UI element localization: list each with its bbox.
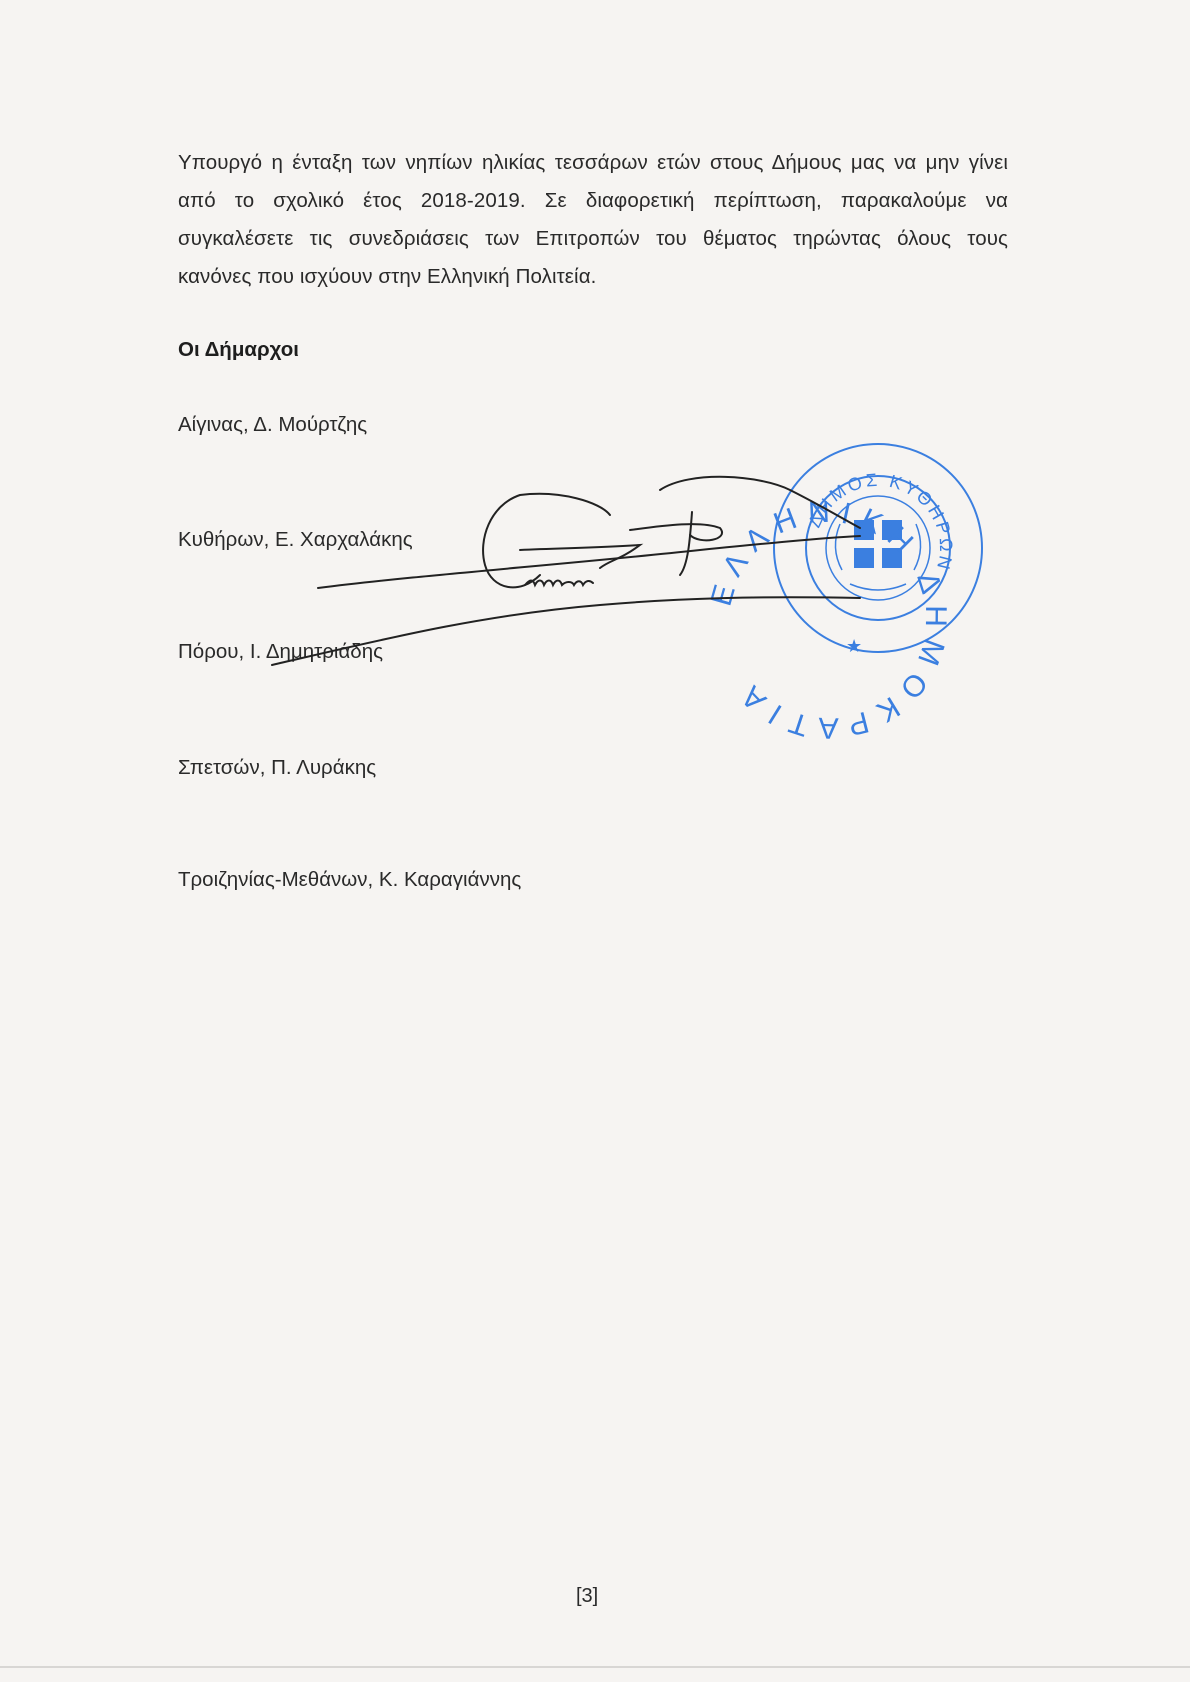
signer-poros: Πόρου, Ι. Δημητριάδης <box>178 640 383 664</box>
signatories-heading: Οι Δήμαρχοι <box>178 338 299 362</box>
body-line: κανόνες που ισχύουν στην Ελληνική Πολιτε… <box>178 258 1008 296</box>
page-bottom-edge <box>0 1666 1190 1668</box>
svg-text:★: ★ <box>846 636 862 656</box>
signer-kythira: Κυθήρων, Ε. Χαρχαλάκης <box>178 528 413 552</box>
svg-text:ΔΗΜΟΣ ΚΥΘΗΡΩΝ: ΔΗΜΟΣ ΚΥΘΗΡΩΝ <box>804 470 956 574</box>
signer-troizinia-methana: Τροιζηνίας-Μεθάνων, Κ. Καραγιάννης <box>178 868 521 892</box>
stamp-inner-text: ΔΗΜΟΣ ΚΥΘΗΡΩΝ <box>804 470 956 574</box>
svg-text:ΕΛΛΗΝΙΚΗ ΔΗΜΟΚΡΑΤΙΑ: ΕΛΛΗΝΙΚΗ ΔΗΜΟΚΡΑΤΙΑ <box>705 495 953 744</box>
signer-spetses: Σπετσών, Π. Λυράκης <box>178 756 376 780</box>
body-line: συγκαλέσετε τις συνεδριάσεις των Επιτροπ… <box>178 220 1008 258</box>
signer-aegina: Αίγινας, Δ. Μούρτζης <box>178 413 367 437</box>
page-number: [3] <box>576 1585 598 1608</box>
body-paragraph: Υπουργό η ένταξη των νηπίων ηλικίας τεσσ… <box>178 144 1008 296</box>
stamp-outer-text: ΕΛΛΗΝΙΚΗ ΔΗΜΟΚΡΑΤΙΑ <box>705 495 953 744</box>
body-line: από το σχολικό έτος 2018-2019. Σε διαφορ… <box>178 182 1008 220</box>
body-line: Υπουργό η ένταξη των νηπίων ηλικίας τεσσ… <box>178 144 1008 182</box>
